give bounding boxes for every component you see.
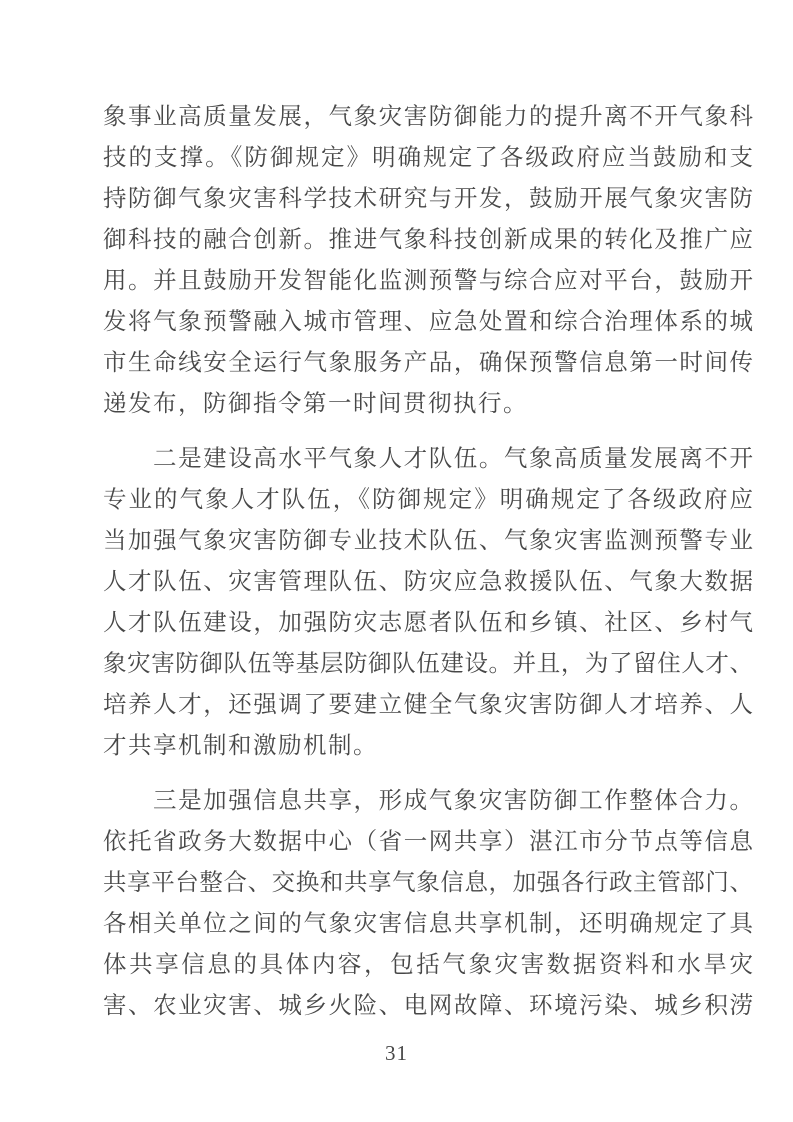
- text-line: 人才队伍建设，加强防灾志愿者队伍和乡镇、社区、乡村气: [103, 603, 753, 644]
- paragraph: 二是建设高水平气象人才队伍。气象高质量发展离不开专业的气象人才队伍，《防御规定》…: [103, 439, 753, 767]
- text-line: 递发布，防御指令第一时间贯彻执行。: [103, 384, 753, 425]
- text-line: 当加强气象灾害防御专业技术队伍、气象灾害监测预警专业: [103, 521, 753, 562]
- text-line: 象灾害防御队伍等基层防御队伍建设。并且，为了留住人才、: [103, 644, 753, 685]
- text-line: 培养人才，还强调了要建立健全气象灾害防御人才培养、人: [103, 685, 753, 726]
- page-body: 象事业高质量发展，气象灾害防御能力的提升离不开气象科技的支撑。《防御规定》明确规…: [103, 97, 753, 1041]
- document-page: 象事业高质量发展，气象灾害防御能力的提升离不开气象科技的支撑。《防御规定》明确规…: [0, 0, 793, 1122]
- text-line: 技的支撑。《防御规定》明确规定了各级政府应当鼓励和支: [103, 138, 753, 179]
- page-number: 31: [0, 1038, 793, 1068]
- text-line: 市生命线安全运行气象服务产品，确保预警信息第一时间传: [103, 343, 753, 384]
- paragraph: 象事业高质量发展，气象灾害防御能力的提升离不开气象科技的支撑。《防御规定》明确规…: [103, 97, 753, 425]
- text-line: 人才队伍、灾害管理队伍、防灾应急救援队伍、气象大数据: [103, 562, 753, 603]
- text-line: 害、农业灾害、城乡火险、电网故障、环境污染、城乡积涝: [103, 986, 753, 1027]
- text-line: 二是建设高水平气象人才队伍。气象高质量发展离不开: [103, 439, 753, 480]
- text-line: 共享平台整合、交换和共享气象信息，加强各行政主管部门、: [103, 863, 753, 904]
- text-line: 象事业高质量发展，气象灾害防御能力的提升离不开气象科: [103, 97, 753, 138]
- text-line: 三是加强信息共享，形成气象灾害防御工作整体合力。: [103, 781, 753, 822]
- paragraph: 三是加强信息共享，形成气象灾害防御工作整体合力。依托省政务大数据中心（省一网共享…: [103, 781, 753, 1027]
- text-line: 用。并且鼓励开发智能化监测预警与综合应对平台，鼓励开: [103, 261, 753, 302]
- text-line: 专业的气象人才队伍，《防御规定》明确规定了各级政府应: [103, 480, 753, 521]
- text-line: 各相关单位之间的气象灾害信息共享机制，还明确规定了具: [103, 904, 753, 945]
- text-line: 发将气象预警融入城市管理、应急处置和综合治理体系的城: [103, 302, 753, 343]
- text-line: 御科技的融合创新。推进气象科技创新成果的转化及推广应: [103, 220, 753, 261]
- text-line: 依托省政务大数据中心（省一网共享）湛江市分节点等信息: [103, 822, 753, 863]
- text-line: 体共享信息的具体内容，包括气象灾害数据资料和水旱灾: [103, 945, 753, 986]
- text-line: 才共享机制和激励机制。: [103, 726, 753, 767]
- text-line: 持防御气象灾害科学技术研究与开发，鼓励开展气象灾害防: [103, 179, 753, 220]
